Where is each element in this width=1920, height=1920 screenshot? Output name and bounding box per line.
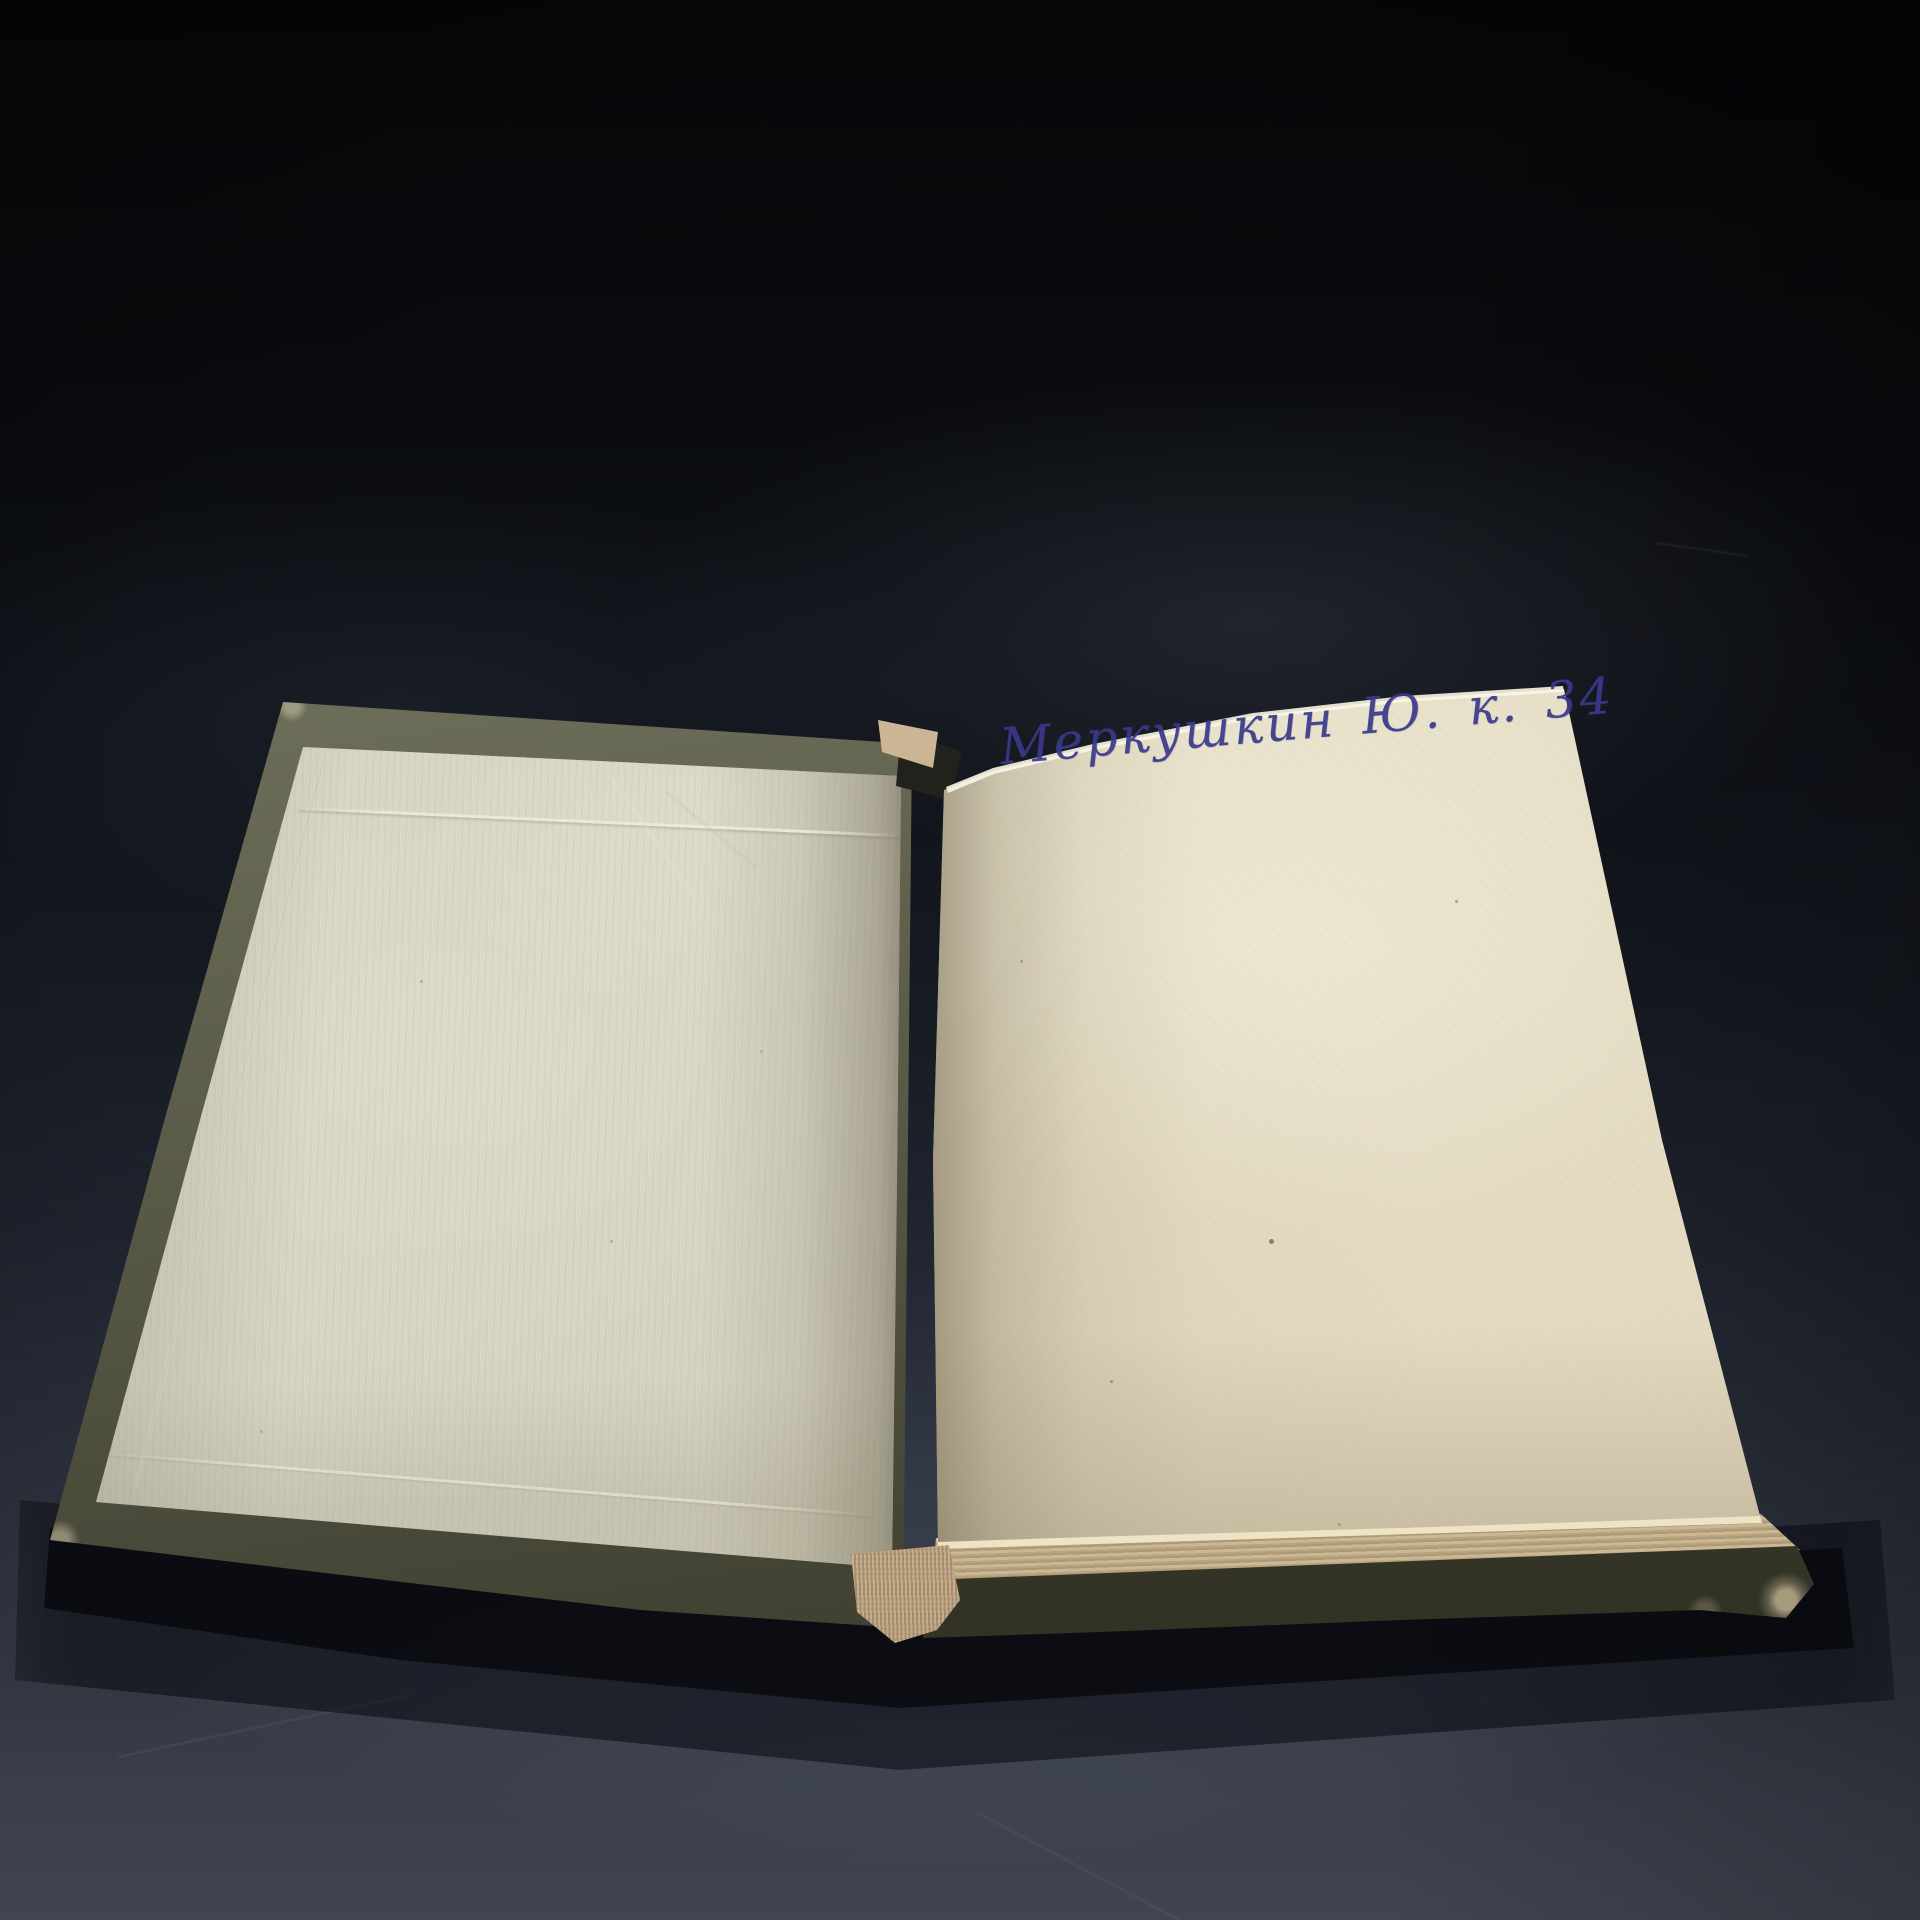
paper-specks xyxy=(0,0,3,3)
photo-scene: Меркушкин Ю. к. 34 xyxy=(0,0,1920,1920)
